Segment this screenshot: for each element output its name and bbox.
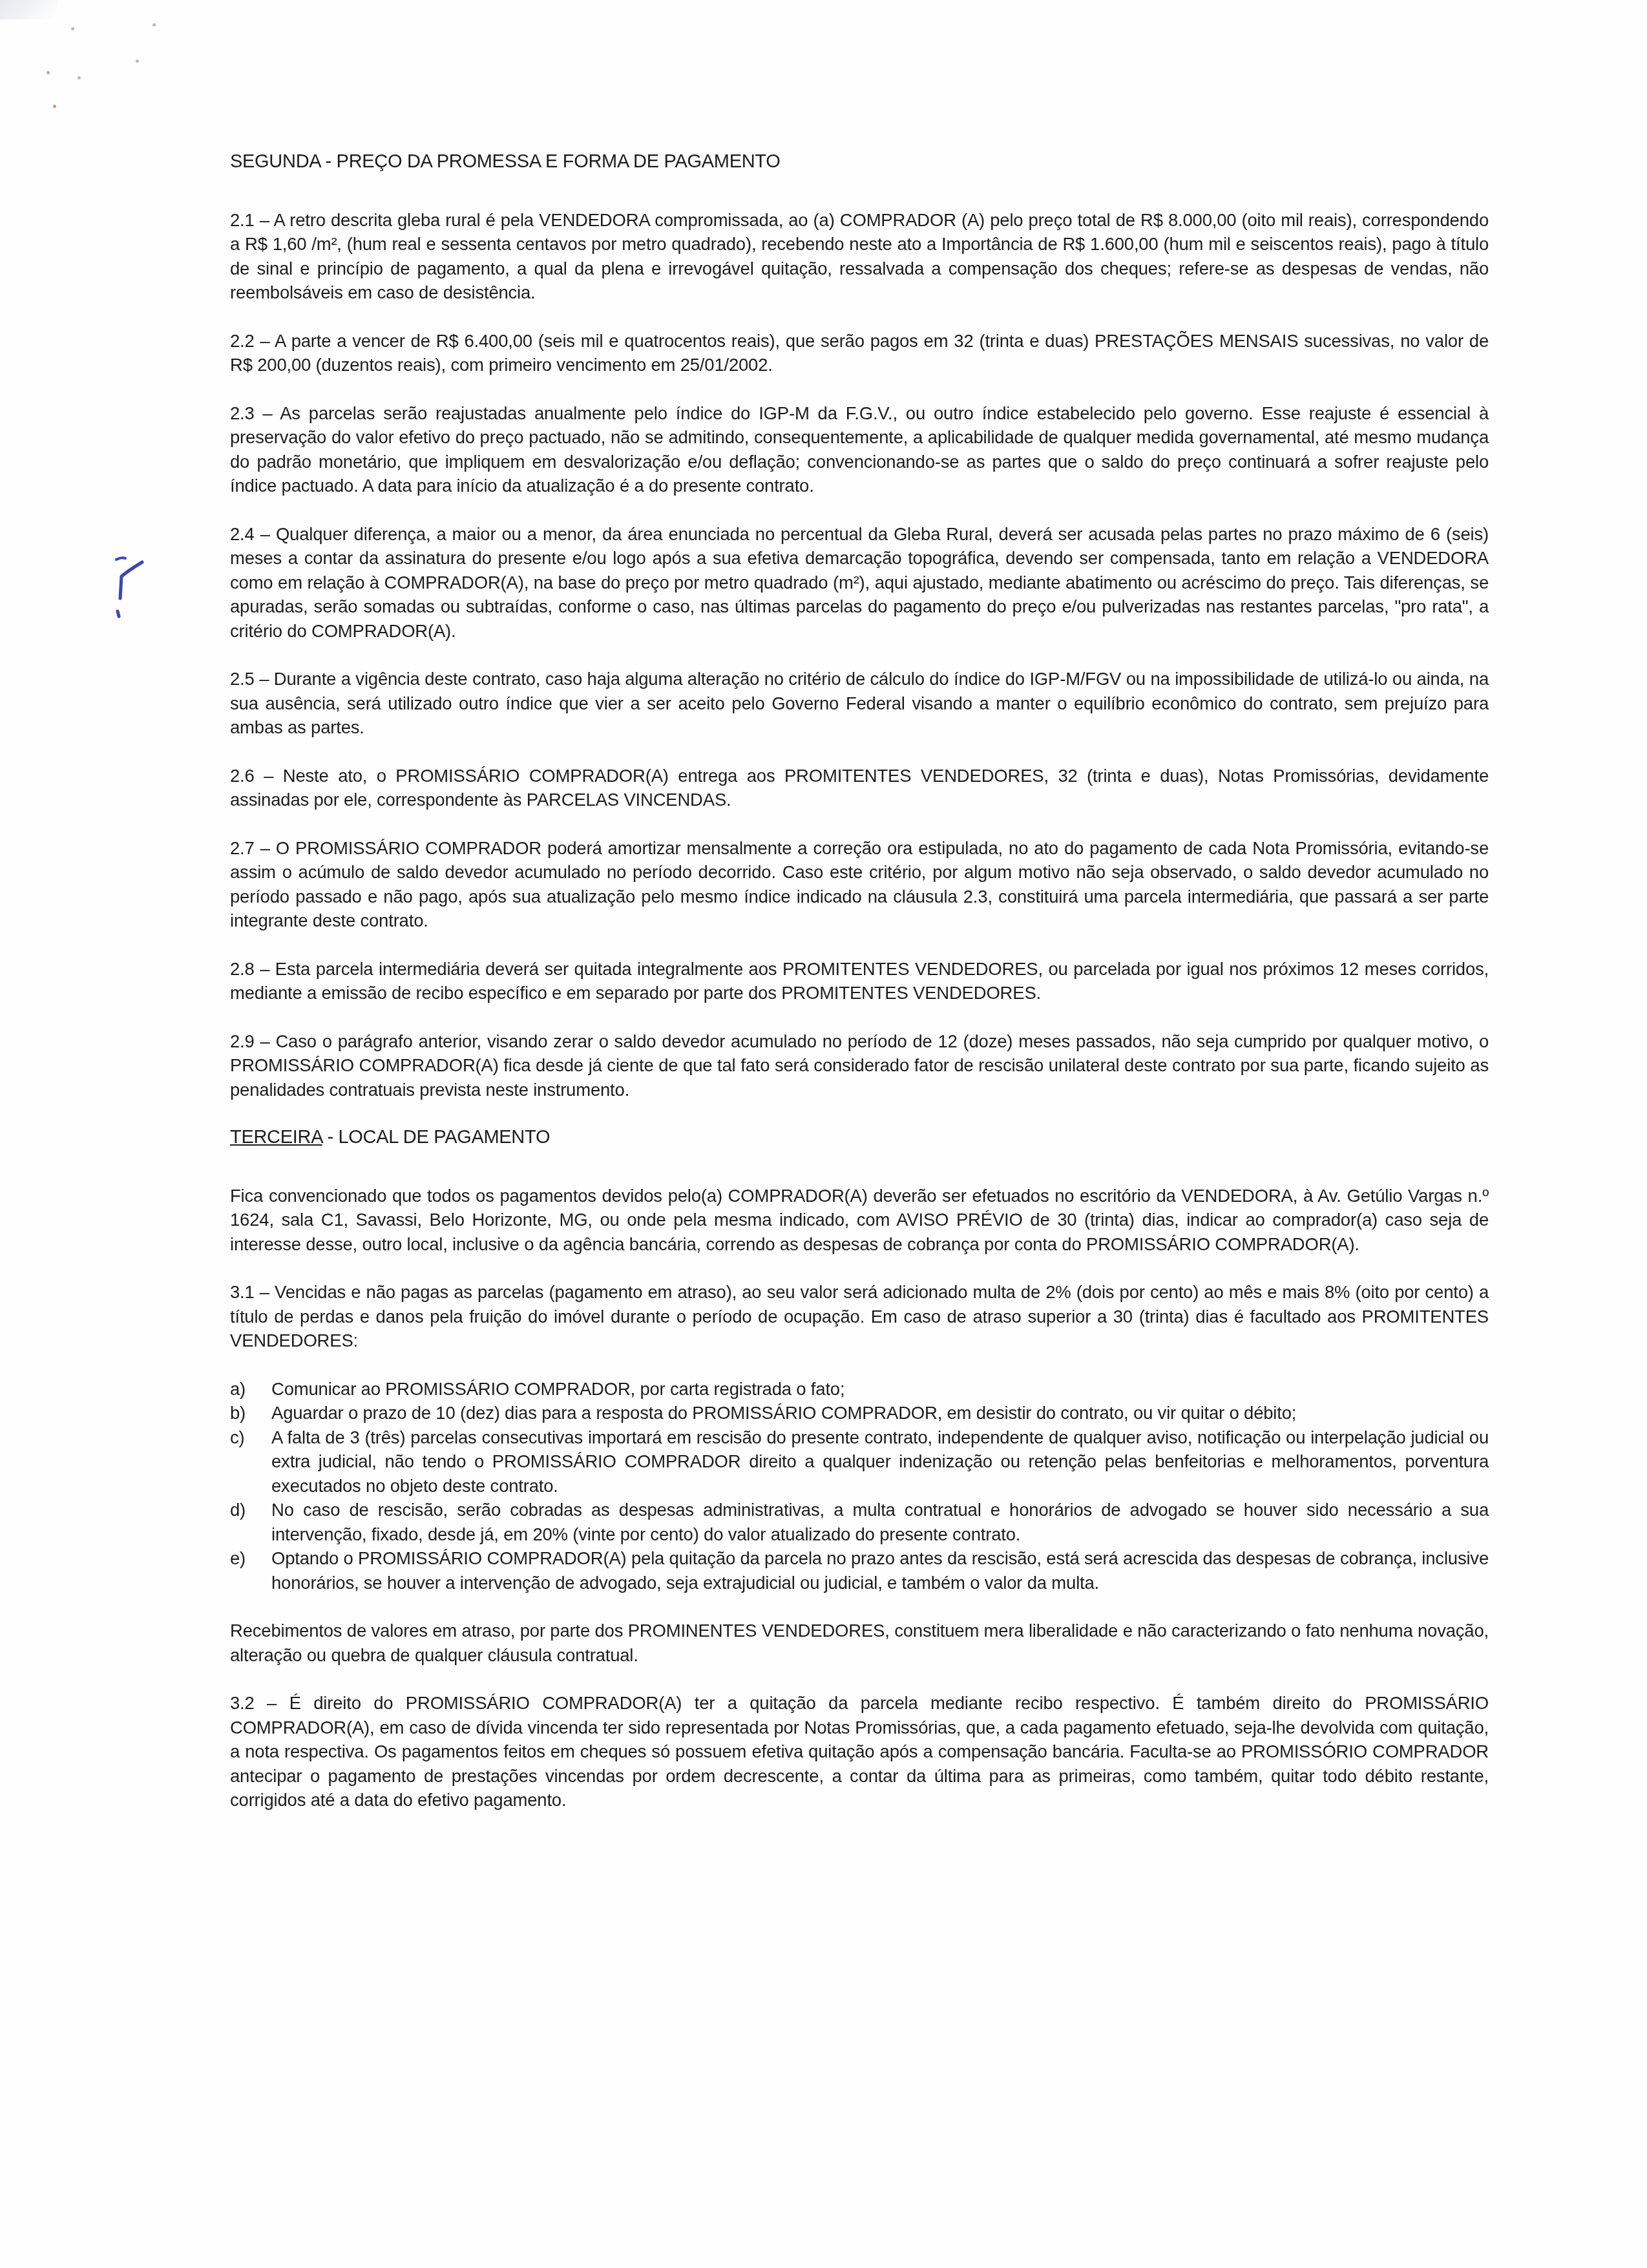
late-receipts-paragraph: Recebimentos de valores em atraso, por p… <box>230 1619 1489 1667</box>
list-marker: e) <box>230 1546 271 1595</box>
list-item-text: A falta de 3 (três) parcelas consecutiva… <box>271 1425 1489 1498</box>
list-item: d) No caso de rescisão, serão cobradas a… <box>230 1498 1489 1546</box>
list-item: a) Comunicar ao PROMISSÁRIO COMPRADOR, p… <box>230 1377 1489 1402</box>
section-heading-terceira: TERCEIRA - LOCAL DE PAGAMENTO <box>230 1126 1489 1150</box>
list-marker: c) <box>230 1425 271 1498</box>
clause-2-1: 2.1 – A retro descrita gleba rural é pel… <box>230 208 1489 305</box>
clause-3-2: 3.2 – É direito do PROMISSÁRIO COMPRADOR… <box>230 1691 1489 1812</box>
scanned-page: SEGUNDA - PREÇO DA PROMESSA E FORMA DE P… <box>0 0 1647 2268</box>
clause-2-2: 2.2 – A parte a vencer de R$ 6.400,00 (s… <box>230 329 1489 377</box>
list-marker: b) <box>230 1401 271 1425</box>
scan-speck <box>78 76 81 79</box>
clause-2-9: 2.9 – Caso o parágrafo anterior, visando… <box>230 1029 1489 1102</box>
clause-2-3: 2.3 – As parcelas serão reajustadas anua… <box>230 401 1489 498</box>
clause-3-1: 3.1 – Vencidas e não pagas as parcelas (… <box>230 1280 1489 1353</box>
list-item: c) A falta de 3 (três) parcelas consecut… <box>230 1425 1489 1498</box>
scan-corner-shadow <box>0 0 58 19</box>
clause-2-5: 2.5 – Durante a vigência deste contrato,… <box>230 667 1489 740</box>
clause-2-6: 2.6 – Neste ato, o PROMISSÁRIO COMPRADOR… <box>230 764 1489 812</box>
late-payment-options-list: a) Comunicar ao PROMISSÁRIO COMPRADOR, p… <box>230 1377 1489 1595</box>
section-heading-terceira-title: - LOCAL DE PAGAMENTO <box>322 1127 551 1148</box>
document-body: SEGUNDA - PREÇO DA PROMESSA E FORMA DE P… <box>230 150 1489 1836</box>
scan-speck <box>47 71 50 74</box>
list-item: b) Aguardar o prazo de 10 (dez) dias par… <box>230 1401 1489 1425</box>
scan-speck <box>53 105 56 108</box>
clause-2-4: 2.4 – Qualquer diferença, a maior ou a m… <box>230 522 1489 644</box>
scan-speck <box>136 59 139 63</box>
list-item: e) Optando o PROMISSÁRIO COMPRADOR(A) pe… <box>230 1546 1489 1595</box>
handwritten-pen-mark-icon <box>110 549 149 627</box>
section-heading-segunda: SEGUNDA - PREÇO DA PROMESSA E FORMA DE P… <box>230 150 1489 174</box>
list-marker: a) <box>230 1377 271 1402</box>
list-item-text: No caso de rescisão, serão cobradas as d… <box>271 1498 1489 1546</box>
clause-2-7: 2.7 – O PROMISSÁRIO COMPRADOR poderá amo… <box>230 836 1489 933</box>
list-marker: d) <box>230 1498 271 1546</box>
section-heading-terceira-label: TERCEIRA <box>230 1127 322 1148</box>
clause-2-8: 2.8 – Esta parcela intermediária deverá … <box>230 957 1489 1005</box>
scan-speck <box>71 27 74 30</box>
list-item-text: Aguardar o prazo de 10 (dez) dias para a… <box>271 1401 1489 1425</box>
payment-location-paragraph: Fica convencionado que todos os pagament… <box>230 1184 1489 1257</box>
scan-speck <box>152 23 156 26</box>
list-item-text: Comunicar ao PROMISSÁRIO COMPRADOR, por … <box>271 1377 1489 1402</box>
list-item-text: Optando o PROMISSÁRIO COMPRADOR(A) pela … <box>271 1546 1489 1595</box>
